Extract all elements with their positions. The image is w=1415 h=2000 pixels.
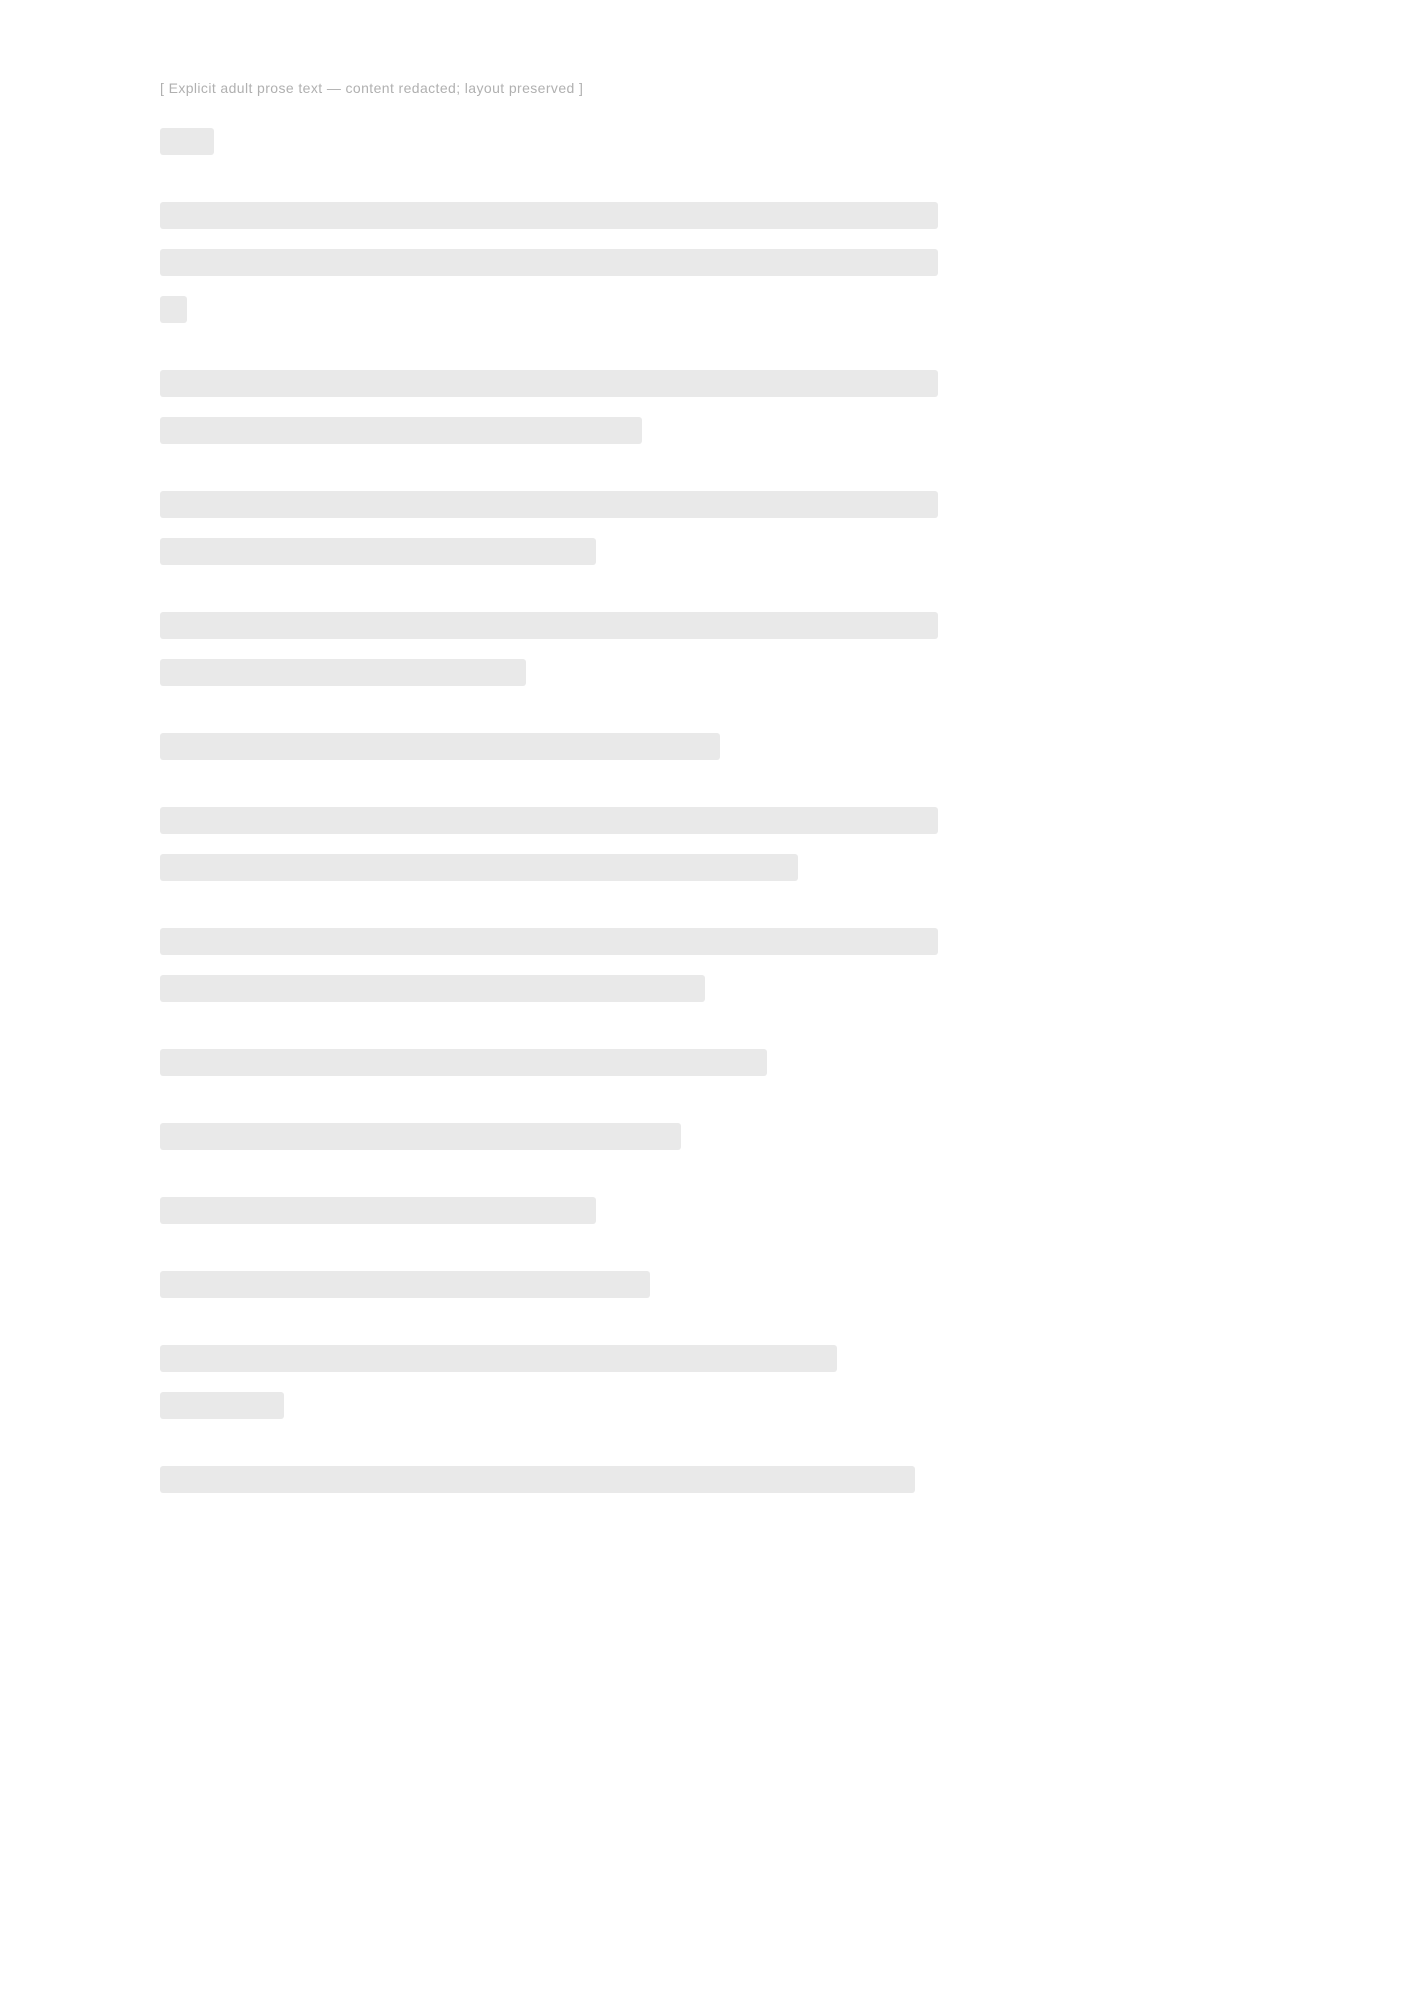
paragraph-11 bbox=[160, 1197, 938, 1224]
paragraph-14 bbox=[160, 1466, 938, 1493]
redacted-text-line bbox=[160, 1049, 767, 1076]
redacted-text-line bbox=[160, 491, 938, 518]
paragraph-01 bbox=[160, 128, 938, 155]
paragraph-09 bbox=[160, 1049, 938, 1076]
redacted-text-line bbox=[160, 854, 798, 881]
redacted-text-line bbox=[160, 1345, 837, 1372]
redacted-text-line bbox=[160, 733, 720, 760]
paragraph-08 bbox=[160, 928, 938, 1002]
paragraph-03 bbox=[160, 370, 938, 444]
redaction-note: [ Explicit adult prose text — content re… bbox=[160, 80, 583, 96]
redacted-text-line bbox=[160, 807, 938, 834]
redacted-text-line bbox=[160, 612, 938, 639]
paragraph-06 bbox=[160, 733, 938, 760]
redacted-text-line bbox=[160, 370, 938, 397]
paragraph-13 bbox=[160, 1345, 938, 1419]
redacted-text-line bbox=[160, 1197, 596, 1224]
paragraph-10 bbox=[160, 1123, 938, 1150]
redacted-text-line bbox=[160, 202, 938, 229]
redacted-text-line bbox=[160, 417, 642, 444]
paragraph-12 bbox=[160, 1271, 938, 1298]
redacted-text-line bbox=[160, 928, 938, 955]
redacted-text-line bbox=[160, 296, 187, 323]
paragraph-04 bbox=[160, 491, 938, 565]
document-page: [ Explicit adult prose text — content re… bbox=[0, 0, 1415, 2000]
redacted-text-line bbox=[160, 128, 214, 155]
redacted-text-line bbox=[160, 538, 596, 565]
prose-text-block bbox=[160, 128, 938, 1540]
redacted-text-line bbox=[160, 659, 526, 686]
paragraph-02 bbox=[160, 202, 938, 323]
redacted-text-line bbox=[160, 1466, 915, 1493]
redacted-text-line bbox=[160, 1123, 681, 1150]
redacted-text-line bbox=[160, 1271, 650, 1298]
redacted-text-line bbox=[160, 249, 938, 276]
redacted-text-line bbox=[160, 1392, 284, 1419]
paragraph-05 bbox=[160, 612, 938, 686]
redacted-text-line bbox=[160, 975, 705, 1002]
paragraph-07 bbox=[160, 807, 938, 881]
